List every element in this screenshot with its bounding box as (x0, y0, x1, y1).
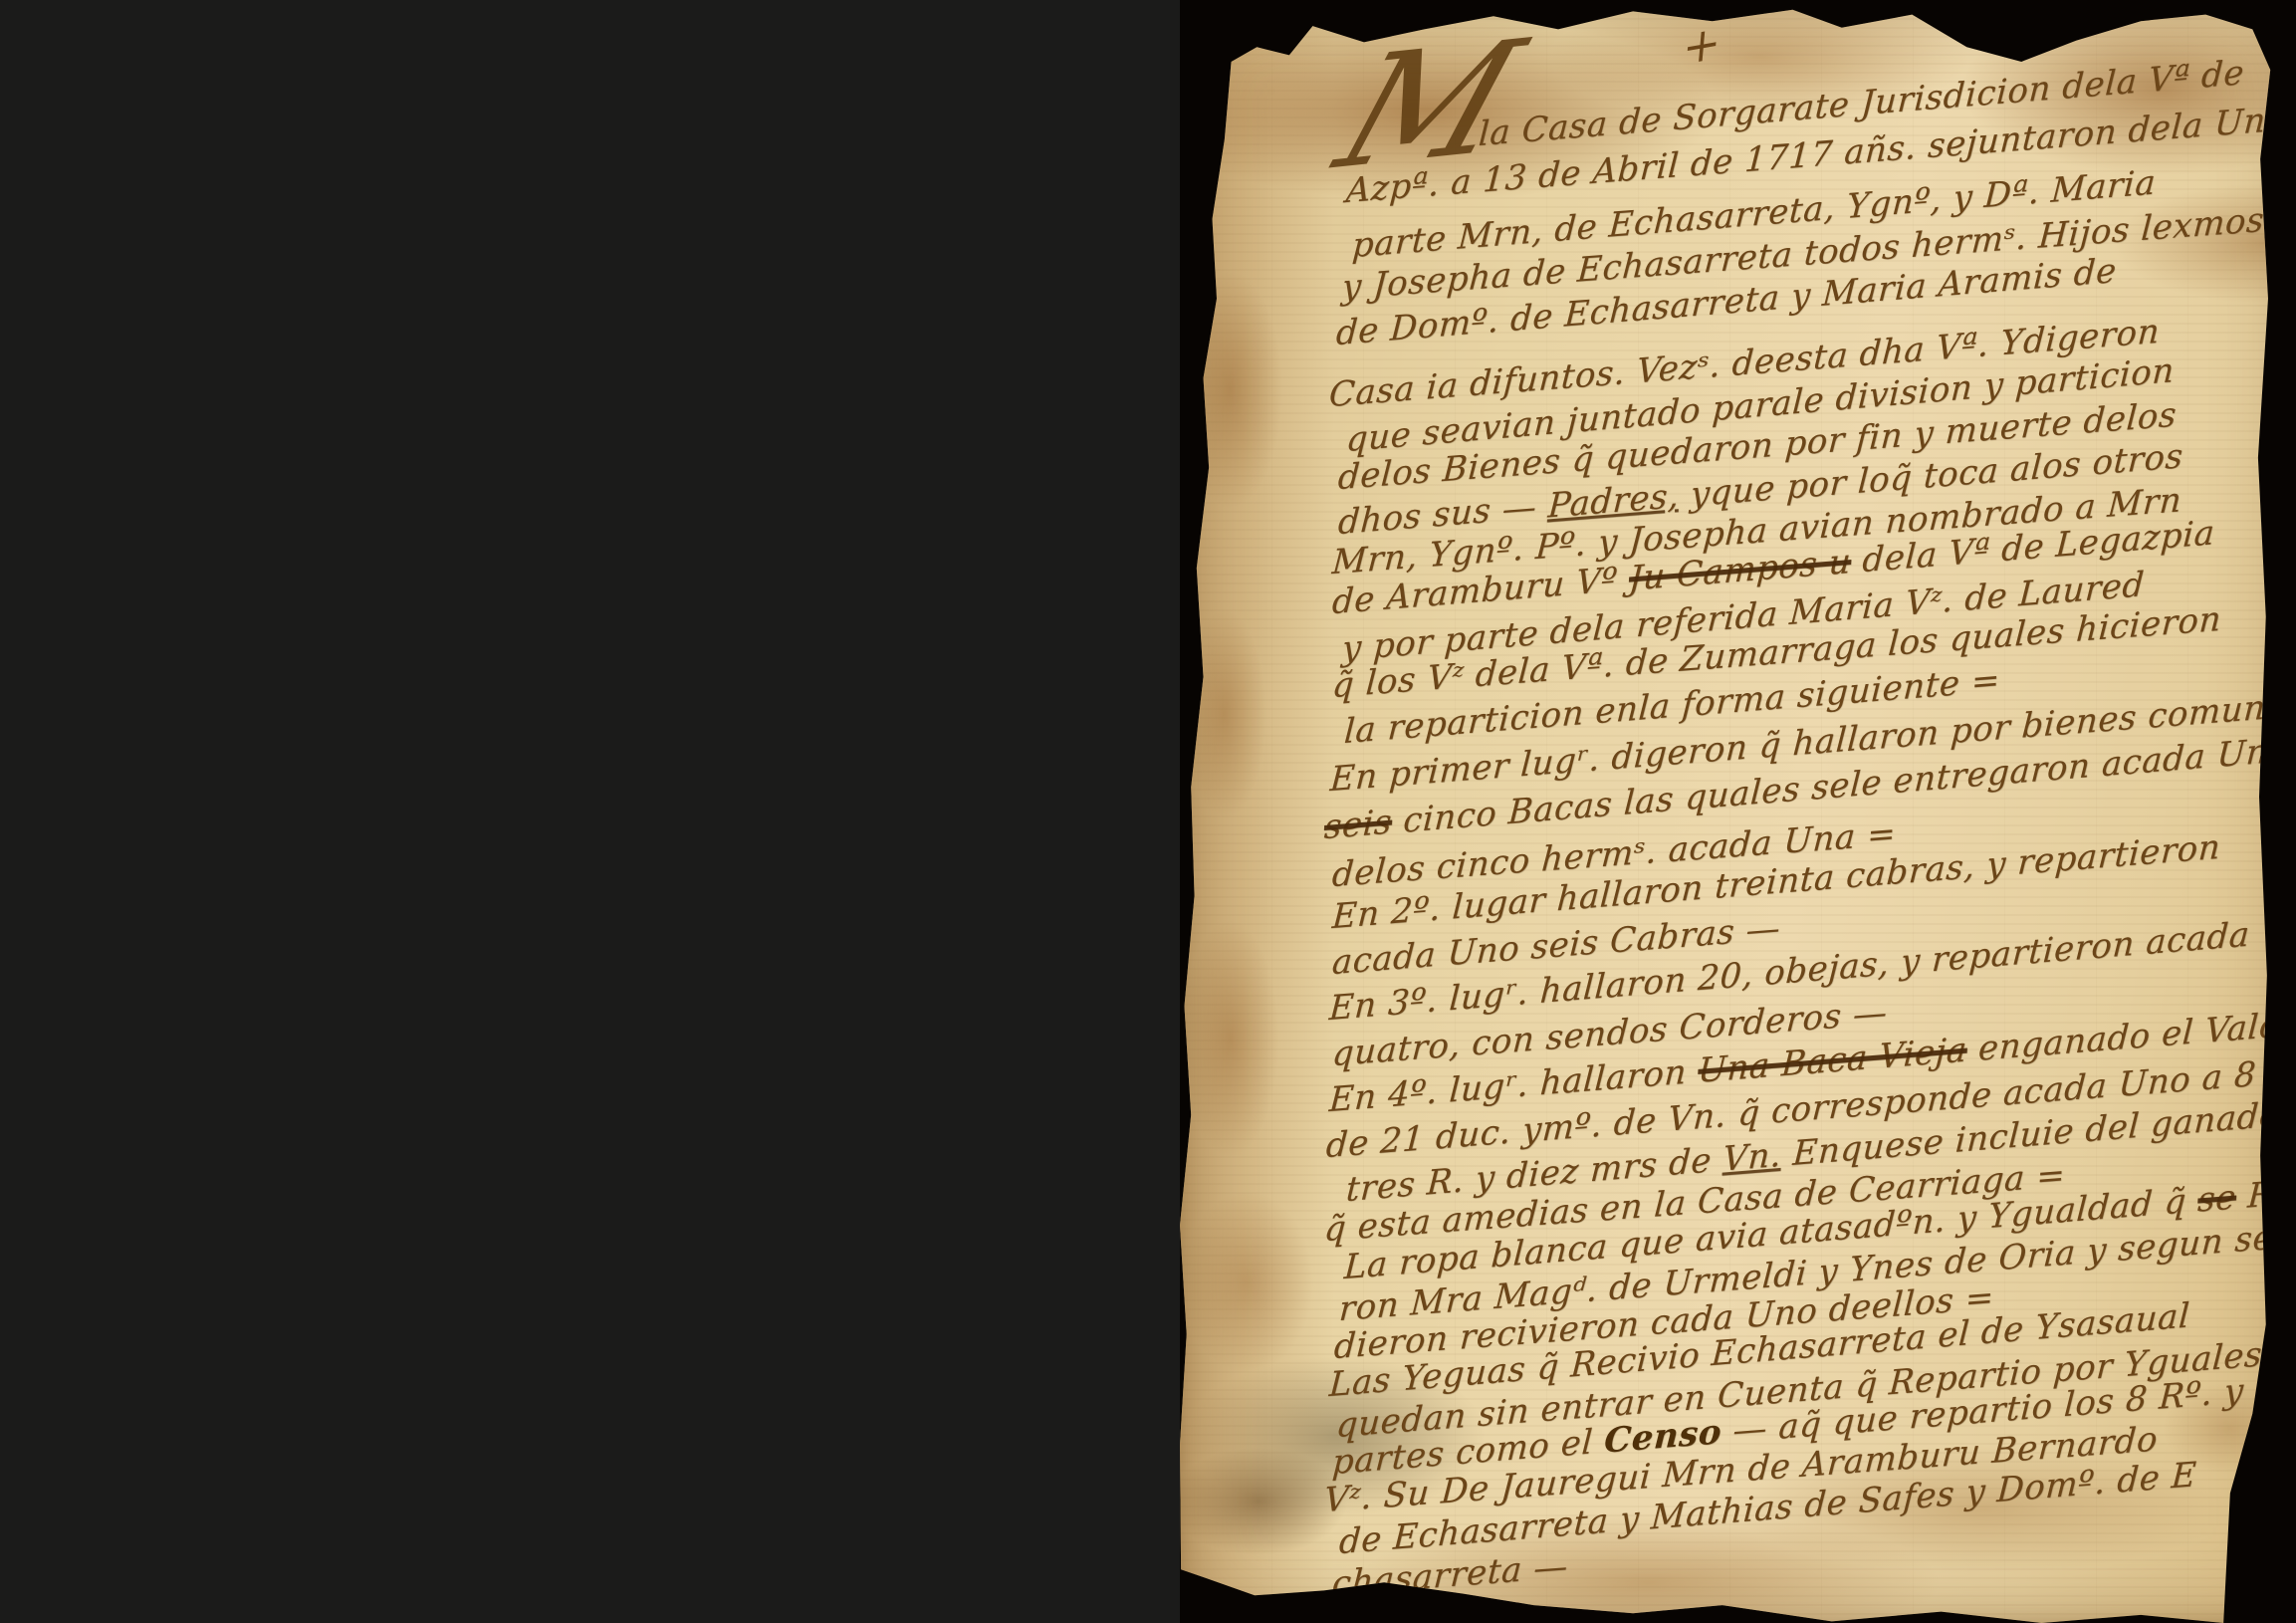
manuscript-text-segment: Vn. (1722, 1135, 1782, 1180)
manuscript-text-segment: se (2196, 1177, 2237, 1220)
screenshot-page: + M la Casa de Sorgarate Jurisdicion del… (0, 0, 2296, 1623)
scan-background: + M la Casa de Sorgarate Jurisdicion del… (1180, 0, 2296, 1623)
manuscript-text-segment: seis (1323, 802, 1393, 847)
manuscript-page: + M la Casa de Sorgarate Jurisdicion del… (1180, 0, 2296, 1623)
cross-mark: + (1681, 18, 1722, 72)
